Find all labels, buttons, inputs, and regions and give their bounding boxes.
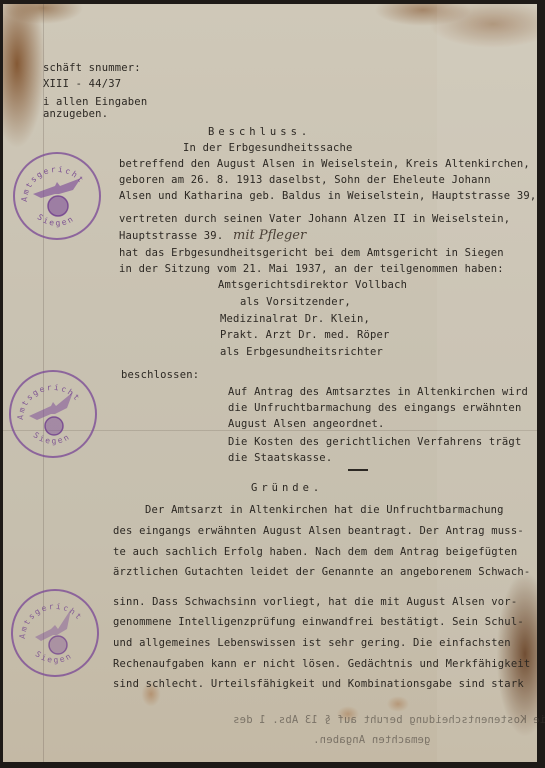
- reasons-line: te auch sachlich Erfolg haben. Nach dem …: [113, 546, 517, 558]
- eagle-emblem-icon: [23, 386, 83, 442]
- intro-line: Hauptstrasse 39.: [119, 230, 223, 242]
- document-page: Die Kostenentscheidung beruht auf § 13 A…: [3, 4, 537, 762]
- reasons-line: ärztlichen Gutachten leidet der Genannte…: [113, 566, 530, 578]
- decision-line: die Staatskasse.: [228, 452, 332, 464]
- intro-line: geboren am 26. 8. 1913 daselbst, Sohn de…: [119, 174, 491, 186]
- bleedthrough-text: gemachten Angaben.: [313, 734, 430, 746]
- case-number: XIII - 44/37: [43, 78, 121, 90]
- instruction-line: anzugeben.: [43, 108, 108, 120]
- participant-line: Amtsgerichtsdirektor Vollbach: [218, 279, 407, 291]
- intro-line: betreffend den August Alsen in Weiselste…: [119, 158, 530, 170]
- reasons-line: genommene Intelligenzprüfung einwandfrei…: [113, 616, 524, 628]
- participant-line: als Vorsitzender,: [240, 296, 351, 308]
- court-stamp: Amtsgericht Siegen: [9, 370, 97, 458]
- instruction-line: i allen Eingaben: [43, 96, 147, 108]
- court-line: hat das Erbgesundheitsgericht bei dem Am…: [119, 247, 504, 259]
- decided-label: beschlossen:: [121, 369, 199, 381]
- intro-line: vertreten durch seinen Vater Johann Alze…: [119, 213, 510, 225]
- reasons-line: sind schlecht. Urteilsfähigkeit und Komb…: [113, 678, 524, 690]
- decision-line: August Alsen angeordnet.: [228, 418, 385, 430]
- participant-line: Medizinalrat Dr. Klein,: [220, 313, 370, 325]
- participant-line: Prakt. Arzt Dr. med. Röper: [220, 329, 390, 341]
- decision-line: Auf Antrag des Amtsarztes in Altenkirche…: [228, 386, 528, 398]
- reasons-line: des eingangs erwähnten August Alsen bean…: [113, 525, 524, 537]
- bleedthrough-text: Die Kostenentscheidung beruht auf § 13 A…: [233, 714, 545, 726]
- court-stamp: Amtsgericht Siegen: [13, 152, 101, 240]
- section-divider: [348, 469, 368, 471]
- reasons-line: Der Amtsarzt in Altenkirchen hat die Unf…: [145, 504, 504, 516]
- participant-line: als Erbgesundheitsrichter: [220, 346, 383, 358]
- reasons-line: Rechenaufgaben kann er nicht lösen. Gedä…: [113, 658, 530, 670]
- reasons-line: sinn. Dass Schwachsinn vorliegt, hat die…: [113, 596, 517, 608]
- court-stamp: Amtsgericht Siegen: [11, 589, 99, 677]
- reasons-line: und allgemeines Lebenswissen ist sehr ge…: [113, 637, 511, 649]
- document-title: Beschluss.: [208, 126, 311, 138]
- decision-line: die Unfruchtbarmachung des eingangs erwä…: [228, 402, 521, 414]
- decision-line: Die Kosten des gerichtlichen Verfahrens …: [228, 436, 521, 448]
- reasons-title: Gründe.: [251, 482, 323, 494]
- handwritten-note: mit Pfleger: [233, 228, 306, 243]
- case-label: schäft snummer:: [43, 62, 141, 74]
- eagle-emblem-icon: [25, 605, 85, 661]
- intro-line: Alsen und Katharina geb. Baldus in Weise…: [119, 190, 536, 202]
- intro-line: In der Erbgesundheitssache: [183, 142, 353, 154]
- court-line: in der Sitzung vom 21. Mai 1937, an der …: [119, 263, 504, 275]
- eagle-emblem-icon: [27, 168, 87, 224]
